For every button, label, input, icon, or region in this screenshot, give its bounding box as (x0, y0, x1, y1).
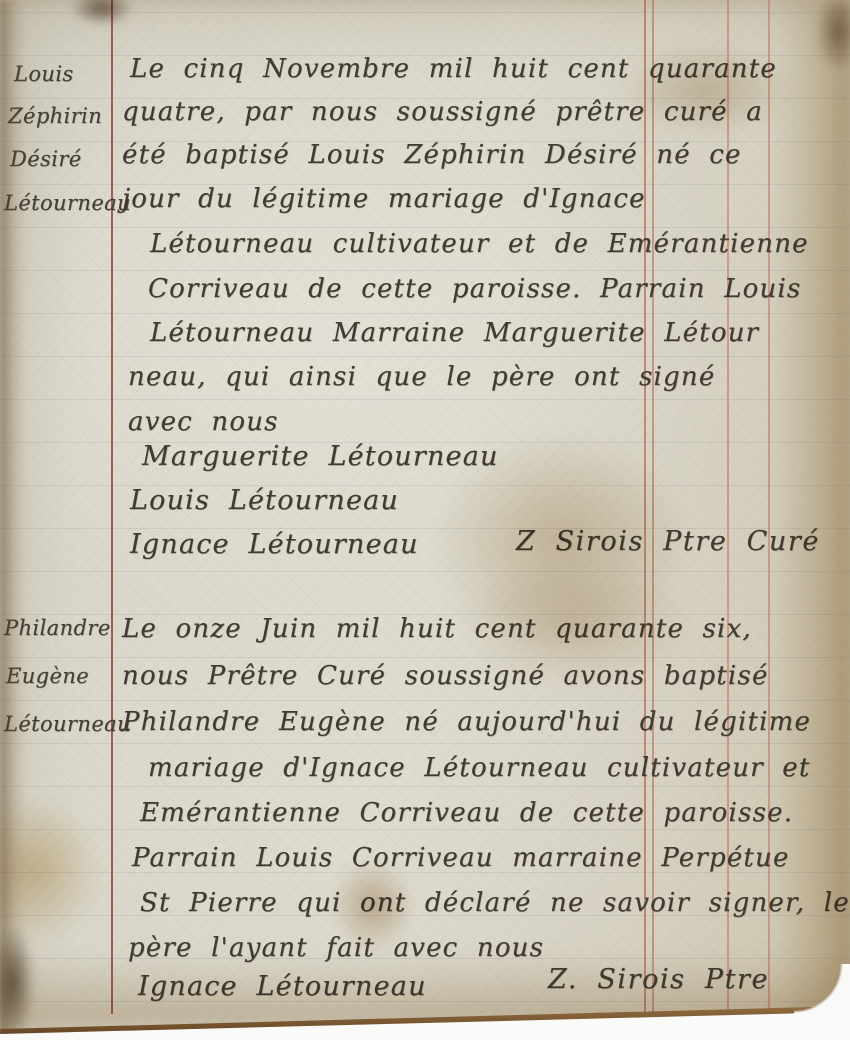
handwritten-line: Létourneau cultivateur et de Emérantienn… (150, 231, 809, 257)
handwritten-line: été baptisé Louis Zéphirin Désiré né ce (122, 142, 742, 168)
handwritten-line: Létourneau Marraine Marguerite Létour (150, 320, 759, 346)
margin-name-line: Létourneau (4, 714, 131, 735)
signature-line: Louis Létourneau (130, 487, 399, 514)
priest-signature: Z. Sirois Ptre (548, 966, 769, 993)
priest-signature: Z Sirois Ptre Curé (516, 528, 820, 555)
handwritten-line: jour du légitime mariage d'Ignace (122, 186, 646, 212)
handwritten-line: mariage d'Ignace Létourneau cultivateur … (148, 755, 811, 781)
handwritten-line: neau, qui ainsi que le père ont signé (128, 364, 715, 390)
handwritten-line: Emérantienne Corriveau de cette paroisse… (140, 800, 793, 826)
handwritten-line: Corriveau de cette paroisse. Parrain Lou… (148, 276, 801, 302)
signature-line: Marguerite Létourneau (142, 443, 499, 470)
margin-name-line: Philandre (4, 618, 111, 639)
signature-line: Ignace Létourneau (138, 973, 427, 1000)
register-scan: Louis Zéphirin Désiré Létourneau Le cinq… (0, 0, 850, 1040)
handwritten-line: nous Prêtre Curé soussigné avons baptisé (122, 663, 769, 689)
handwritten-line: Parrain Louis Corriveau marraine Perpétu… (132, 845, 790, 871)
handwritten-line: Philandre Eugène né aujourd'hui du légit… (122, 709, 811, 735)
handwritten-line: Le onze Juin mil huit cent quarante six, (122, 616, 752, 642)
signature-line: Ignace Létourneau (130, 531, 419, 558)
handwritten-line: père l'ayant fait avec nous (128, 935, 544, 961)
margin-name-line: Létourneau (4, 193, 131, 214)
margin-name-line: Eugène (6, 666, 89, 687)
margin-name-line: Désiré (10, 149, 82, 170)
margin-name-line: Zéphirin (8, 106, 102, 127)
handwritten-line: St Pierre qui ont déclaré ne savoir sign… (140, 890, 850, 916)
handwritten-line: Le cinq Novembre mil huit cent quarante (130, 56, 777, 82)
handwritten-line: quatre, par nous soussigné prêtre curé a (122, 99, 763, 125)
handwritten-line: avec nous (128, 409, 279, 435)
margin-name-line: Louis (14, 64, 74, 85)
